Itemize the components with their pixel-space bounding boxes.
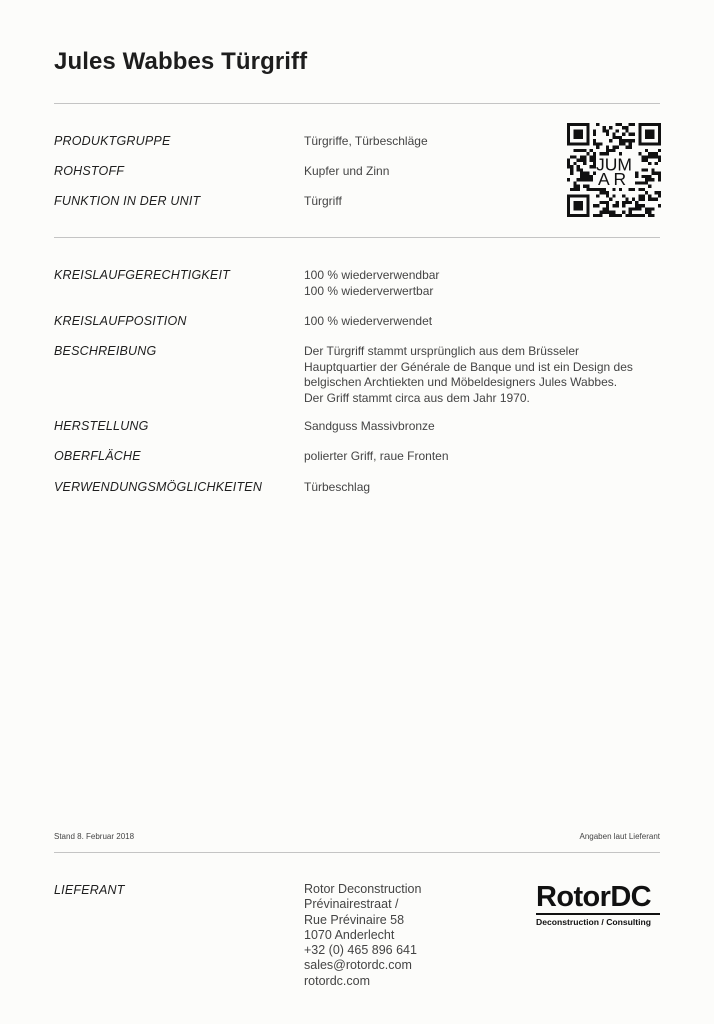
phone-number: +32 (0) 465 896 641 — [304, 943, 421, 958]
address-line: 1070 Anderlecht — [304, 928, 421, 943]
label-verwendung: VERWENDUNGSMÖGLICHKEITEN — [54, 480, 262, 495]
value-beschreibung: Der Türgriff stammt ursprünglich aus dem… — [304, 344, 664, 406]
svg-text:AR: AR — [598, 169, 630, 189]
date-stamp: Stand 8. Februar 2018 — [54, 832, 134, 841]
logo-wordmark: RotorDC — [536, 882, 660, 912]
supplier-address: Rotor Deconstruction Prévinairestraat / … — [304, 882, 421, 989]
value-line: 100 % wiederverwendet — [304, 314, 664, 330]
label-beschreibung: BESCHREIBUNG — [54, 344, 156, 359]
value-herstellung: Sandguss Massivbronze — [304, 419, 664, 435]
value-line: Der Griff stammt circa aus dem Jahr 1970… — [304, 391, 664, 407]
qr-code-icon: JUMAR — [567, 123, 661, 217]
divider — [54, 852, 660, 853]
email-address: sales@rotordc.com — [304, 958, 421, 973]
label-kreislaufgerechtigkeit: KREISLAUFGERECHTIGKEIT — [54, 268, 230, 283]
label-funktion: FUNKTION IN DER UNIT — [54, 194, 200, 209]
value-line: Hauptquartier der Générale de Banque und… — [304, 360, 664, 376]
value-line: Türbeschlag — [304, 480, 664, 496]
value-kreislaufposition: 100 % wiederverwendet — [304, 314, 664, 330]
logo-underline — [536, 913, 660, 915]
label-herstellung: HERSTELLUNG — [54, 419, 149, 434]
divider — [54, 237, 660, 238]
source-note: Angaben laut Lieferant — [579, 832, 660, 841]
address-line: Prévinairestraat / — [304, 897, 421, 912]
label-kreislaufposition: KREISLAUFPOSITION — [54, 314, 187, 329]
value-line: 100 % wiederverwendbar — [304, 268, 664, 284]
address-line: Rue Prévinaire 58 — [304, 913, 421, 928]
label-oberflaeche: OBERFLÄCHE — [54, 449, 141, 464]
value-line: Sandguss Massivbronze — [304, 419, 664, 435]
value-kreislaufgerechtigkeit: 100 % wiederverwendbar 100 % wiederverwe… — [304, 268, 664, 299]
value-oberflaeche: polierter Griff, raue Fronten — [304, 449, 664, 465]
value-line: belgischen Archtiekten und Möbeldesigner… — [304, 375, 664, 391]
value-line: Der Türgriff stammt ursprünglich aus dem… — [304, 344, 664, 360]
label-lieferant: LIEFERANT — [54, 883, 125, 898]
label-produktgruppe: PRODUKTGRUPPE — [54, 134, 171, 149]
rotordc-logo: RotorDC Deconstruction / Consulting — [536, 882, 660, 927]
divider — [54, 103, 660, 104]
value-line: 100 % wiederverwertbar — [304, 284, 664, 300]
page-title: Jules Wabbes Türgriff — [54, 48, 307, 76]
website: rotordc.com — [304, 974, 421, 989]
value-line: polierter Griff, raue Fronten — [304, 449, 664, 465]
address-line: Rotor Deconstruction — [304, 882, 421, 897]
value-verwendung: Türbeschlag — [304, 480, 664, 496]
logo-tagline: Deconstruction / Consulting — [536, 917, 660, 927]
label-rohstoff: ROHSTOFF — [54, 164, 124, 179]
